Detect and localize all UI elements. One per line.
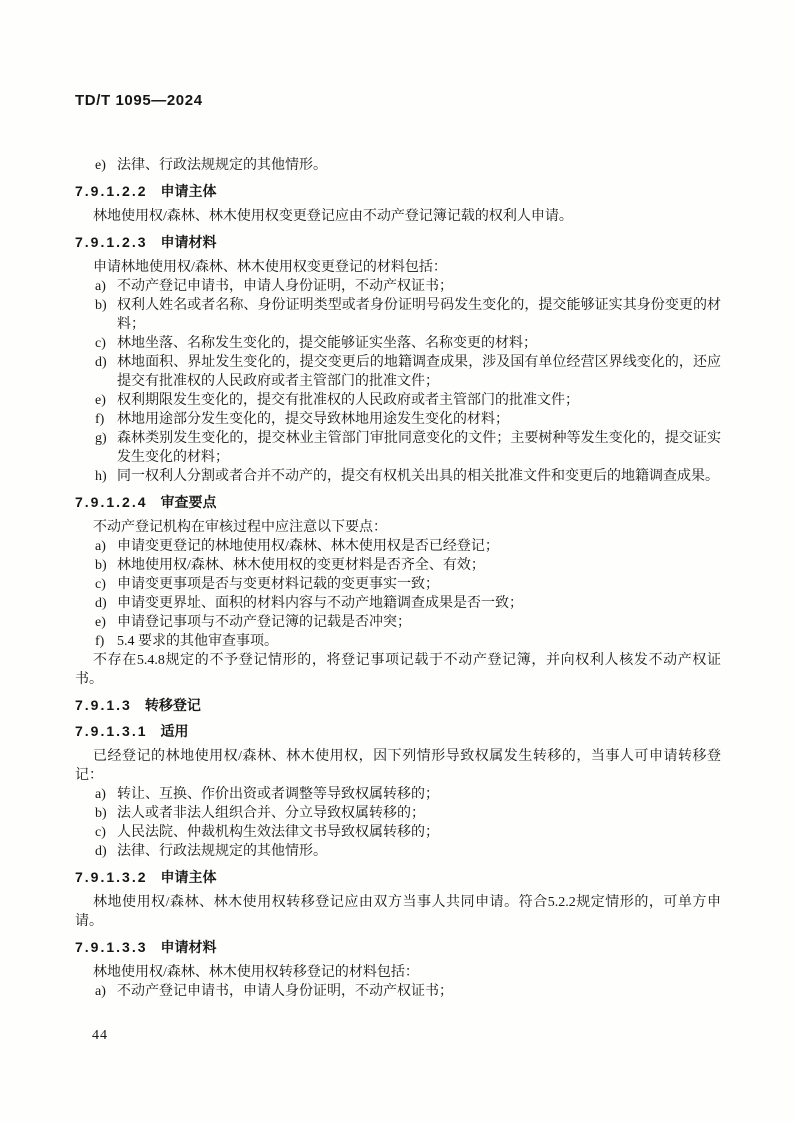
heading-title: 申请主体 bbox=[161, 869, 217, 885]
list-item-marker: f) bbox=[95, 632, 104, 651]
list-item: b) 林地使用权/森林、林木使用权的变更材料是否齐全、有效； bbox=[75, 556, 721, 575]
heading-number: 7.9.1.3.1 bbox=[75, 723, 148, 739]
list-item-marker: a) bbox=[95, 277, 106, 296]
list-item: a) 不动产登记申请书，申请人身份证明，不动产权证书； bbox=[75, 982, 721, 1001]
heading-7-9-1-2-2: 7.9.1.2.2申请主体 bbox=[75, 182, 721, 201]
heading-number: 7.9.1.3.3 bbox=[75, 939, 148, 955]
list-item-text: 权利期限发生变化的，提交有批准权的人民政府或者主管部门的批准文件； bbox=[117, 393, 579, 408]
list-item-marker: b) bbox=[95, 296, 107, 315]
list-item-text: 申请变更登记的林地使用权/森林、林木使用权是否已经登记； bbox=[117, 539, 499, 554]
heading-number: 7.9.1.3 bbox=[75, 697, 132, 713]
list-item-marker: h) bbox=[95, 467, 107, 486]
page-content: e) 法律、行政法规规定的其他情形。 7.9.1.2.2申请主体 林地使用权/森… bbox=[75, 156, 721, 1001]
heading-title: 适用 bbox=[161, 723, 189, 739]
list-item: g) 森林类别发生变化的，提交林业主管部门审批同意变化的文件；主要树种等发生变化… bbox=[75, 429, 721, 467]
heading-number: 7.9.1.2.3 bbox=[75, 234, 148, 250]
list-item-text: 申请变更事项是否与变更材料记载的变更事实一致； bbox=[117, 577, 439, 592]
list-item: a) 转让、互换、作价出资或者调整等导致权属转移的； bbox=[75, 785, 721, 804]
list-item: a) 不动产登记申请书，申请人身份证明，不动产权证书； bbox=[75, 277, 721, 296]
paragraph: 已经登记的林地使用权/森林、林木使用权，因下列情形导致权属发生转移的，当事人可申… bbox=[75, 747, 721, 785]
list-item-text: 林地用途部分发生变化的，提交导致林地用途发生变化的材料； bbox=[117, 412, 509, 427]
heading-7-9-1-3: 7.9.1.3转移登记 bbox=[75, 696, 721, 715]
list-item: d) 法律、行政法规规定的其他情形。 bbox=[75, 842, 721, 861]
list-item-marker: a) bbox=[95, 982, 106, 1001]
list-item-text: 5.4 要求的其他审查事项。 bbox=[117, 634, 278, 649]
page-number: 44 bbox=[92, 1028, 108, 1044]
list-item-text: 不动产登记申请书，申请人身份证明，不动产权证书； bbox=[117, 279, 453, 294]
list-item: c) 申请变更事项是否与变更材料记载的变更事实一致； bbox=[75, 575, 721, 594]
list-item-marker: b) bbox=[95, 556, 107, 575]
heading-7-9-1-2-3: 7.9.1.2.3申请材料 bbox=[75, 233, 721, 252]
list-item: d) 林地面积、界址发生变化的，提交变更后的地籍调查成果，涉及国有单位经营区界线… bbox=[75, 353, 721, 391]
list-item: e) 申请登记事项与不动产登记簿的记载是否冲突； bbox=[75, 613, 721, 632]
list-item-text: 林地面积、界址发生变化的，提交变更后的地籍调查成果，涉及国有单位经营区界线变化的… bbox=[117, 355, 721, 389]
heading-title: 申请主体 bbox=[161, 183, 217, 199]
list-item-marker: d) bbox=[95, 353, 107, 372]
paragraph: 不动产登记机构在审核过程中应注意以下要点： bbox=[75, 518, 721, 537]
list-item: f) 林地用途部分发生变化的，提交导致林地用途发生变化的材料； bbox=[75, 410, 721, 429]
list-item: c) 人民法院、仲裁机构生效法律文书导致权属转移的； bbox=[75, 823, 721, 842]
list-item-text: 法律、行政法规规定的其他情形。 bbox=[117, 158, 327, 173]
list-item: h) 同一权利人分割或者合并不动产的，提交有权机关出具的相关批准文件和变更后的地… bbox=[75, 467, 721, 486]
heading-title: 申请材料 bbox=[161, 234, 217, 250]
heading-7-9-1-2-4: 7.9.1.2.4审查要点 bbox=[75, 493, 721, 512]
list-item: d) 申请变更界址、面积的材料内容与不动产地籍调查成果是否一致； bbox=[75, 594, 721, 613]
list-item-text: 转让、互换、作价出资或者调整等导致权属转移的； bbox=[117, 787, 439, 802]
paragraph: 林地使用权/森林、林木使用权变更登记应由不动产登记簿记载的权利人申请。 bbox=[75, 207, 721, 226]
list-item-marker: c) bbox=[95, 823, 106, 842]
list-item-marker: c) bbox=[95, 334, 106, 353]
list-item-text: 权利人姓名或者名称、身份证明类型或者身份证明号码发生变化的，提交能够证实其身份变… bbox=[117, 298, 721, 332]
paragraph: 申请林地使用权/森林、林木使用权变更登记的材料包括： bbox=[75, 258, 721, 277]
heading-7-9-1-3-3: 7.9.1.3.3申请材料 bbox=[75, 938, 721, 957]
list-item-marker: b) bbox=[95, 804, 107, 823]
list-item-text: 森林类别发生变化的，提交林业主管部门审批同意变化的文件；主要树种等发生变化的，提… bbox=[117, 431, 721, 465]
list-item-text: 同一权利人分割或者合并不动产的，提交有权机关出具的相关批准文件和变更后的地籍调查… bbox=[117, 469, 719, 484]
list-item-text: 申请登记事项与不动产登记簿的记载是否冲突； bbox=[117, 615, 411, 630]
list-item-marker: e) bbox=[95, 613, 106, 632]
list-item-marker: a) bbox=[95, 785, 106, 804]
list-item-marker: g) bbox=[95, 429, 107, 448]
heading-number: 7.9.1.3.2 bbox=[75, 869, 148, 885]
list-item: b) 法人或者非法人组织合并、分立导致权属转移的； bbox=[75, 804, 721, 823]
document-page: TD/T 1095—2024 e) 法律、行政法规规定的其他情形。 7.9.1.… bbox=[0, 0, 794, 1122]
heading-title: 审查要点 bbox=[161, 494, 217, 510]
paragraph: 不存在5.4.8规定的不予登记情形的，将登记事项记载于不动产登记簿，并向权利人核… bbox=[75, 651, 721, 689]
list-item-text: 人民法院、仲裁机构生效法律文书导致权属转移的； bbox=[117, 825, 439, 840]
list-item-text: 不动产登记申请书，申请人身份证明，不动产权证书； bbox=[117, 984, 453, 999]
list-item-marker: e) bbox=[95, 391, 106, 410]
heading-title: 转移登记 bbox=[145, 697, 201, 713]
list-item-text: 法人或者非法人组织合并、分立导致权属转移的； bbox=[117, 806, 425, 821]
list-item-marker: a) bbox=[95, 537, 106, 556]
list-item-marker: c) bbox=[95, 575, 106, 594]
heading-title: 申请材料 bbox=[161, 939, 217, 955]
list-item-text: 法律、行政法规规定的其他情形。 bbox=[117, 844, 327, 859]
heading-number: 7.9.1.2.2 bbox=[75, 183, 148, 199]
list-item: c) 林地坐落、名称发生变化的，提交能够证实坐落、名称变更的材料； bbox=[75, 334, 721, 353]
list-item-text: 林地使用权/森林、林木使用权的变更材料是否齐全、有效； bbox=[117, 558, 485, 573]
list-item-marker: f) bbox=[95, 410, 104, 429]
list-item: b) 权利人姓名或者名称、身份证明类型或者身份证明号码发生变化的，提交能够证实其… bbox=[75, 296, 721, 334]
list-item-marker: d) bbox=[95, 842, 107, 861]
list-item-marker: e) bbox=[95, 156, 106, 175]
list-item-text: 申请变更界址、面积的材料内容与不动产地籍调查成果是否一致； bbox=[117, 596, 523, 611]
list-item: e) 权利期限发生变化的，提交有批准权的人民政府或者主管部门的批准文件； bbox=[75, 391, 721, 410]
paragraph: 林地使用权/森林、林木使用权转移登记的材料包括： bbox=[75, 963, 721, 982]
document-code: TD/T 1095—2024 bbox=[75, 92, 203, 109]
heading-number: 7.9.1.2.4 bbox=[75, 494, 148, 510]
list-item-marker: d) bbox=[95, 594, 107, 613]
list-item: e) 法律、行政法规规定的其他情形。 bbox=[75, 156, 721, 175]
list-item: f) 5.4 要求的其他审查事项。 bbox=[75, 632, 721, 651]
heading-7-9-1-3-1: 7.9.1.3.1适用 bbox=[75, 722, 721, 741]
paragraph: 林地使用权/森林、林木使用权转移登记应由双方当事人共同申请。符合5.2.2规定情… bbox=[75, 893, 721, 931]
list-item: a) 申请变更登记的林地使用权/森林、林木使用权是否已经登记； bbox=[75, 537, 721, 556]
list-item-text: 林地坐落、名称发生变化的，提交能够证实坐落、名称变更的材料； bbox=[117, 336, 537, 351]
heading-7-9-1-3-2: 7.9.1.3.2申请主体 bbox=[75, 868, 721, 887]
